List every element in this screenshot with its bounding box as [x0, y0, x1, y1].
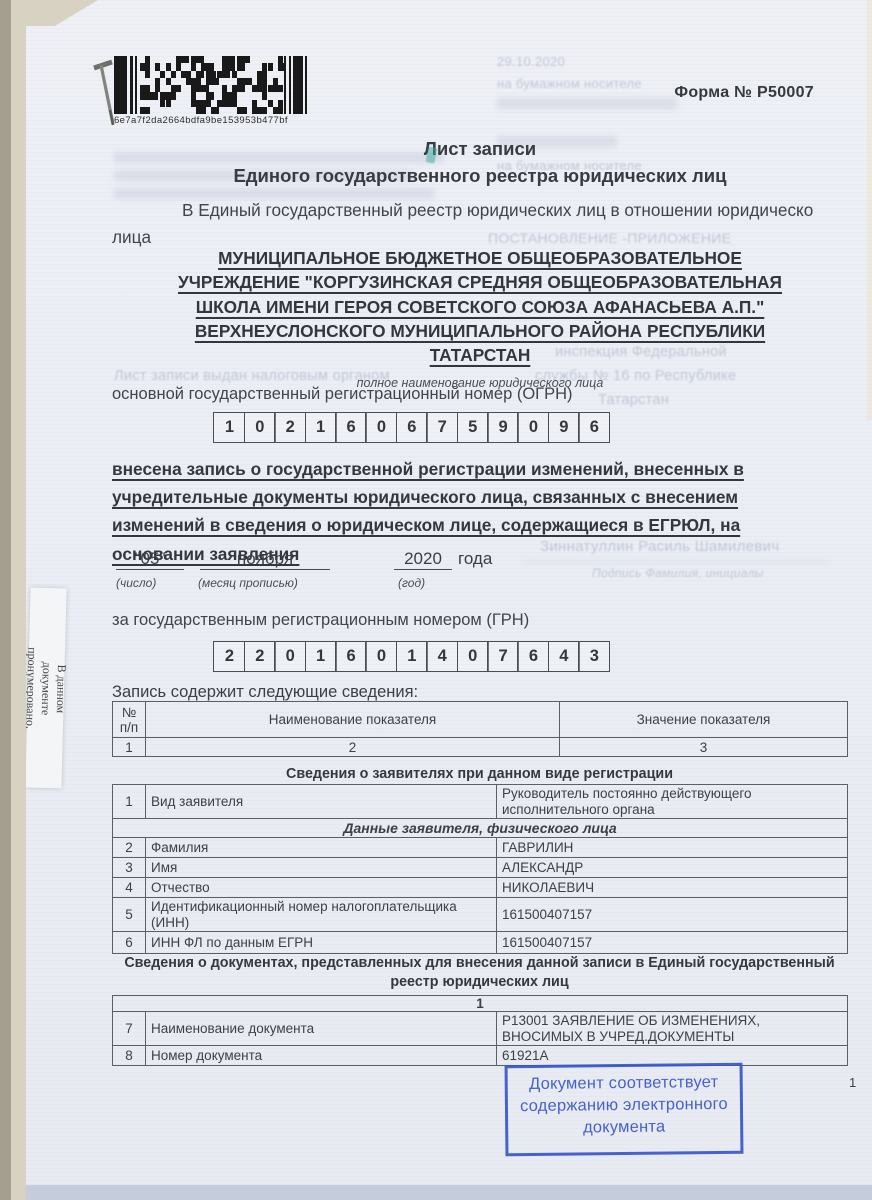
cell-num: 2 — [113, 838, 146, 858]
index-cell-3: 3 — [560, 738, 848, 757]
cell-value: ГАВРИЛИН — [497, 838, 848, 858]
record-intro: Запись содержит следующие сведения: — [112, 683, 418, 702]
digit-cell: 0 — [244, 412, 276, 443]
table-subheader-row: Данные заявителя, физического лица — [113, 819, 848, 838]
stamp-line1: Документ соответствует — [508, 1071, 740, 1095]
scanned-document: 29.10.2020на бумажном носителена бумажно… — [0, 0, 872, 1200]
digit-cell: 6 — [335, 641, 367, 672]
date-day: "05" — [116, 549, 184, 570]
cell-num: 1 — [113, 785, 146, 819]
num-header-l2: п/п — [118, 720, 140, 735]
org-name-line3: ШКОЛА ИМЕНИ ГЕРОЯ СОВЕТСКОГО СОЮЗА АФАНА… — [196, 297, 765, 317]
cell-value: АЛЕКСАНДР — [497, 858, 848, 878]
col-value-header: Значение показателя — [560, 702, 848, 738]
cell-name: Наименование документа — [146, 1012, 497, 1046]
org-name-line5: ТАТАРСТАН — [430, 345, 531, 365]
scanner-edge-bottom — [26, 1185, 872, 1200]
title-line2: Единого государственного реестра юридиче… — [112, 162, 848, 189]
grn-label: за государственным регистрационным номер… — [112, 611, 529, 630]
digit-cell: 3 — [578, 641, 610, 672]
ogrn-digit-boxes: 1021606759096 — [215, 412, 610, 443]
barcode-code: 6e7a7f2da2664bdfa9be153953b477bf — [114, 115, 314, 126]
statement-line2: учредительные документы юридического лиц… — [112, 487, 738, 507]
index-cell-2: 2 — [146, 738, 560, 757]
applicant-subheader: Данные заявителя, физического лица — [113, 819, 848, 838]
table-row: 2 Фамилия ГАВРИЛИН — [113, 838, 848, 858]
stamp-line2: содержанию электронного — [508, 1093, 740, 1117]
binding-label-text: В данном документе пронумеровано, — [22, 646, 69, 729]
document-title: Лист записи Единого государственного рее… — [112, 135, 848, 189]
org-name-line1: МУНИЦИПАЛЬНОЕ БЮДЖЕТНОЕ ОБЩЕОБРАЗОВАТЕЛЬ… — [218, 248, 742, 268]
digit-cell: 1 — [305, 641, 337, 672]
digit-cell: 1 — [396, 641, 428, 672]
digit-cell: 7 — [487, 641, 519, 672]
cell-name: Вид заявителя — [146, 785, 497, 819]
digit-cell: 4 — [426, 641, 458, 672]
col-num-header: № п/п — [113, 702, 146, 738]
cell-name: Отчество — [146, 878, 497, 898]
digit-cell: 0 — [457, 641, 489, 672]
table-row: 3 Имя АЛЕКСАНДР — [113, 858, 848, 878]
applicants-table: 1 Вид заявителя Руководитель постоянно д… — [112, 784, 848, 954]
cell-value: 161500407157 — [497, 932, 848, 954]
grn-digit-boxes: 2201601407643 — [215, 641, 610, 672]
digit-cell: 4 — [548, 641, 580, 672]
digit-cell: 6 — [396, 412, 428, 443]
scanner-edge-left-dark — [0, 0, 11, 1200]
form-number: Форма № Р50007 — [674, 84, 814, 102]
documents-title-l1: Сведения о документах, представленных дл… — [112, 954, 847, 973]
cell-num: 5 — [113, 898, 146, 932]
date-month-caption: (месяц прописью) — [198, 576, 298, 590]
digit-cell: 6 — [335, 412, 367, 443]
cell-num: 3 — [113, 858, 146, 878]
document-content: 6e7a7f2da2664bdfa9be153953b477bf Форма №… — [112, 0, 848, 1200]
documents-title-l2: реестр юридических лиц — [112, 973, 847, 992]
intro-line1: В Единый государственный реестр юридичес… — [112, 197, 872, 224]
digit-cell: 6 — [578, 412, 610, 443]
cell-value: Руководитель постоянно действующего испо… — [497, 785, 848, 819]
cell-value: Р13001 ЗАЯВЛЕНИЕ ОБ ИЗМЕНЕНИЯХ, ВНОСИМЫХ… — [497, 1012, 848, 1046]
cell-name: Фамилия — [146, 838, 497, 858]
cell-name: ИНН ФЛ по данным ЕГРН — [146, 932, 497, 954]
statement-line1: внесена запись о государственной регистр… — [112, 459, 744, 479]
digit-cell: 6 — [517, 641, 549, 672]
digit-cell: 2 — [213, 641, 245, 672]
index-cell-1: 1 — [113, 738, 146, 757]
cell-name: Номер документа — [146, 1046, 497, 1066]
page-number: 1 — [849, 1075, 856, 1090]
date-year-caption: (год) — [398, 576, 425, 590]
table-row: 1 Вид заявителя Руководитель постоянно д… — [113, 785, 848, 819]
organization-name: МУНИЦИПАЛЬНОЕ БЮДЖЕТНОЕ ОБЩЕОБРАЗОВАТЕЛЬ… — [106, 246, 854, 396]
stamp-line3: документа — [508, 1115, 740, 1139]
cell-num: 6 — [113, 932, 146, 954]
cell-name-l2: (ИНН) — [151, 915, 491, 931]
cell-name: Имя — [146, 858, 497, 878]
barcode-2d — [114, 56, 310, 114]
digit-cell: 2 — [244, 641, 276, 672]
applicants-section-title: Сведения о заявителях при данном виде ре… — [112, 765, 847, 784]
title-line1: Лист записи — [112, 135, 848, 162]
digit-cell: 0 — [365, 412, 397, 443]
cell-num: 7 — [113, 1012, 146, 1046]
cell-name: Идентификационный номер налогоплательщик… — [146, 898, 497, 932]
cell-value: НИКОЛАЕВИЧ — [497, 878, 848, 898]
table-row: 5 Идентификационный номер налогоплательщ… — [113, 898, 848, 932]
digit-cell: 0 — [274, 641, 306, 672]
cell-value-l1: Р13001 ЗАЯВЛЕНИЕ ОБ ИЗМЕНЕНИЯХ, — [502, 1013, 842, 1029]
table-row: 4 Отчество НИКОЛАЕВИЧ — [113, 878, 848, 898]
digit-cell: 2 — [274, 412, 306, 443]
cell-value-l2: ВНОСИМЫХ В УЧРЕД.ДОКУМЕНТЫ — [502, 1029, 842, 1045]
documents-section-title: Сведения о документах, представленных дл… — [112, 954, 847, 992]
cell-value-l1: Руководитель постоянно действующего — [502, 786, 842, 802]
cell-value-l2: исполнительного органа — [502, 802, 842, 818]
record-table-header: № п/п Наименование показателя Значение п… — [112, 701, 848, 757]
table-row: 7 Наименование документа Р13001 ЗАЯВЛЕНИ… — [113, 1012, 848, 1046]
cell-value: 161500407157 — [497, 898, 848, 932]
digit-cell: 1 — [213, 412, 245, 443]
digit-cell: 9 — [487, 412, 519, 443]
digit-cell: 0 — [365, 641, 397, 672]
num-header-l1: № — [118, 705, 140, 720]
barcode-block: 6e7a7f2da2664bdfa9be153953b477bf — [114, 56, 314, 126]
binding-label-l1: В данном документе — [37, 647, 69, 730]
documents-table: 1 7 Наименование документа Р13001 ЗАЯВЛЕ… — [112, 995, 848, 1066]
pin-icon — [86, 52, 126, 134]
org-name-line2: УЧРЕЖДЕНИЕ "КОРГУЗИНСКАЯ СРЕДНЯЯ ОБЩЕОБР… — [178, 272, 782, 292]
registration-date: "05" ноября 2020 года (число) (месяц про… — [112, 549, 712, 597]
scanner-edge-right — [867, 0, 872, 420]
cell-num: 8 — [113, 1046, 146, 1066]
digit-cell: 9 — [548, 412, 580, 443]
statement-line3: изменений в сведения о юридическом лице,… — [112, 515, 740, 535]
cell-num: 4 — [113, 878, 146, 898]
scanner-edge-left — [11, 0, 26, 1200]
date-month: ноября — [200, 549, 330, 570]
date-year-suffix: года — [458, 549, 492, 569]
org-name-line4: ВЕРХНЕУСЛОНСКОГО МУНИЦИПАЛЬНОГО РАЙОНА Р… — [195, 321, 765, 341]
ogrn-label: основной государственный регистрационный… — [112, 385, 573, 404]
intro-paragraph: В Единый государственный реестр юридичес… — [112, 197, 872, 251]
cell-name-l1: Идентификационный номер налогоплательщик… — [151, 899, 491, 915]
digit-cell: 0 — [517, 412, 549, 443]
date-day-caption: (число) — [116, 576, 156, 590]
binding-label: В данном документе пронумеровано, — [25, 588, 66, 789]
table-row: 6 ИНН ФЛ по данным ЕГРН 161500407157 — [113, 932, 848, 954]
date-year: 2020 — [394, 549, 452, 570]
digit-cell: 7 — [426, 412, 458, 443]
group-header-cell: 1 — [113, 996, 848, 1012]
col-name-header: Наименование показателя — [146, 702, 560, 738]
equivalence-stamp: Документ соответствует содержанию электр… — [505, 1063, 744, 1156]
table-group-header: 1 — [113, 996, 848, 1012]
digit-cell: 1 — [305, 412, 337, 443]
digit-cell: 5 — [457, 412, 489, 443]
